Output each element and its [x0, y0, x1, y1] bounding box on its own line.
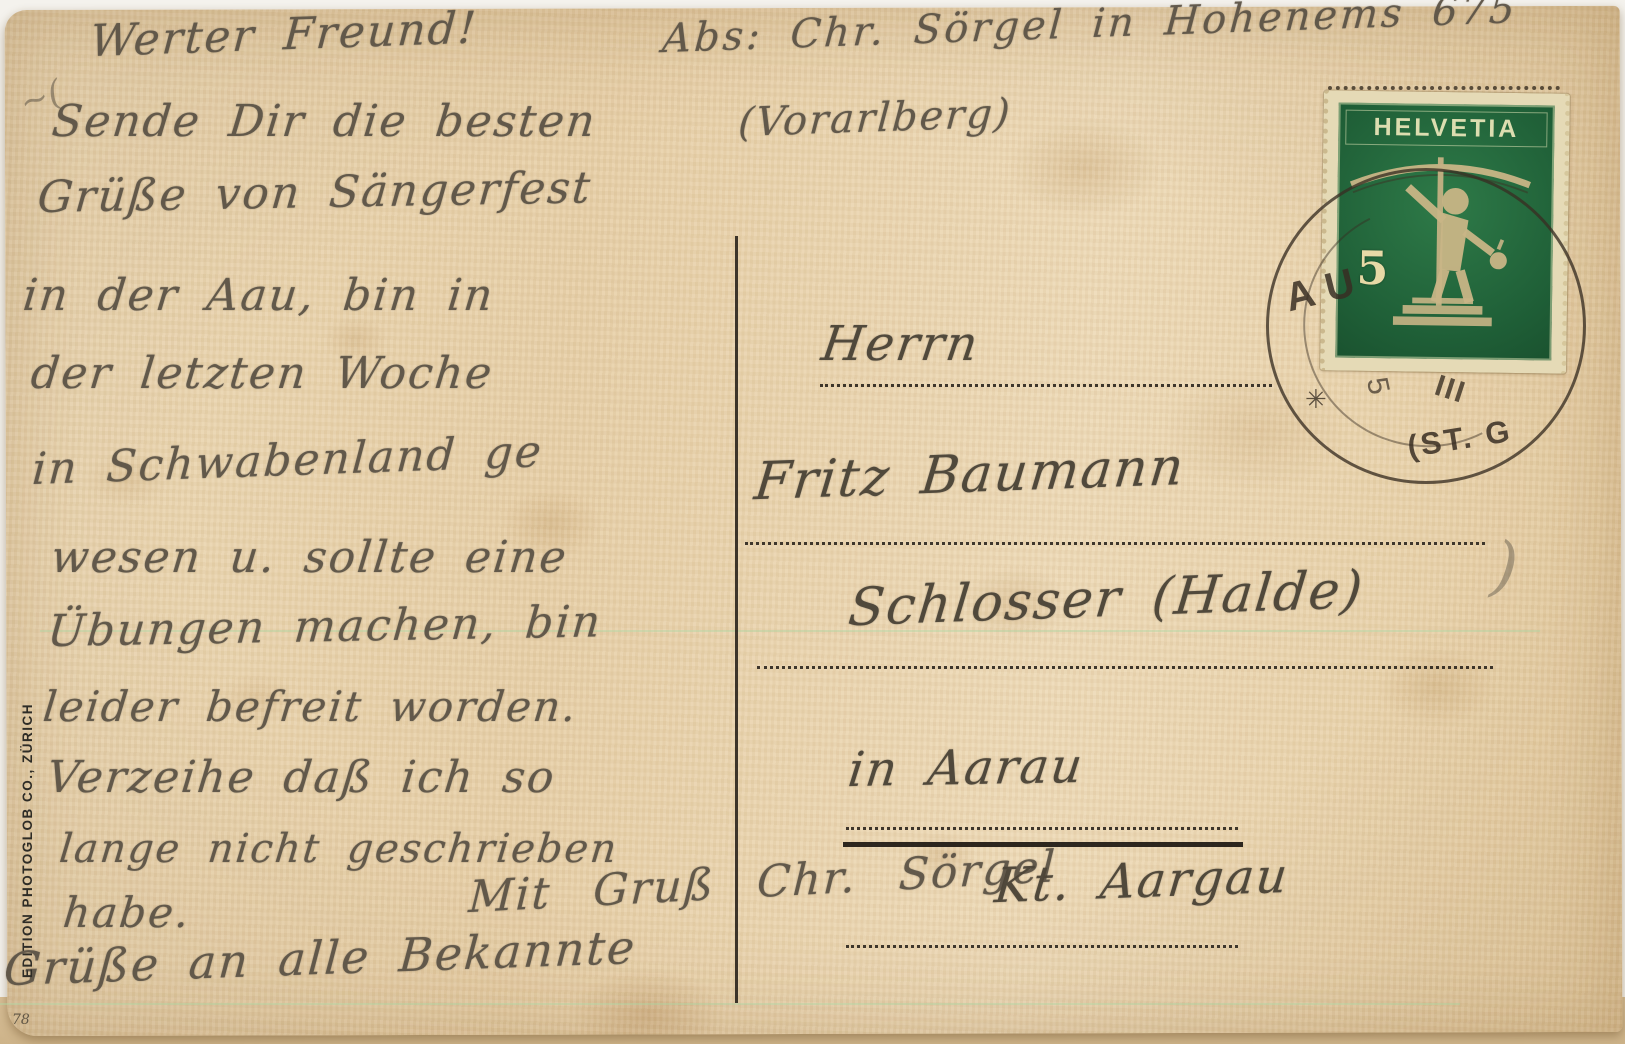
stray-pencil-number: 78 [12, 1012, 30, 1028]
message-line: Sende Dir die besten [50, 96, 600, 147]
postcard-scan: Werter Freund! Sende Dir die besten Grüß… [0, 0, 1625, 1044]
paper-crease-line [0, 1003, 1460, 1005]
message-line: in der Aau, bin in [21, 270, 497, 321]
address-rule [846, 945, 1238, 948]
address-salutation: Herrn [818, 316, 983, 372]
address-canton: Kt. Aargau [992, 848, 1292, 915]
message-line: Grüße von Sängerfest [36, 162, 595, 223]
address-rule [820, 384, 1272, 387]
address-rule [757, 666, 1493, 669]
address-rule [846, 827, 1238, 830]
message-line: Verzeihe daß ich so [45, 752, 559, 803]
message-line: leider befreit worden. [41, 682, 580, 731]
sender-region: (Vorarlberg) [737, 90, 1013, 146]
message-line: der letzten Woche [29, 348, 496, 399]
address-town: in Aarau [845, 738, 1087, 798]
message-line: wesen u. sollte eine [49, 532, 571, 583]
stamp-perforation-strip [1328, 86, 1560, 90]
publisher-imprint: EDITION PHOTOGLOB CO., ZÜRICH [20, 633, 35, 978]
stamp-country-label: HELVETIA [1345, 110, 1547, 148]
address-rule [745, 542, 1485, 545]
message-line: habe. [61, 888, 193, 937]
postmark: AU ✳ 5 III (ST. G [1266, 168, 1586, 484]
message-line: lange nicht geschrieben [57, 826, 620, 872]
postmark-ornament: ✳ [1305, 385, 1327, 415]
message-line: Übungen machen, bin [46, 596, 605, 657]
